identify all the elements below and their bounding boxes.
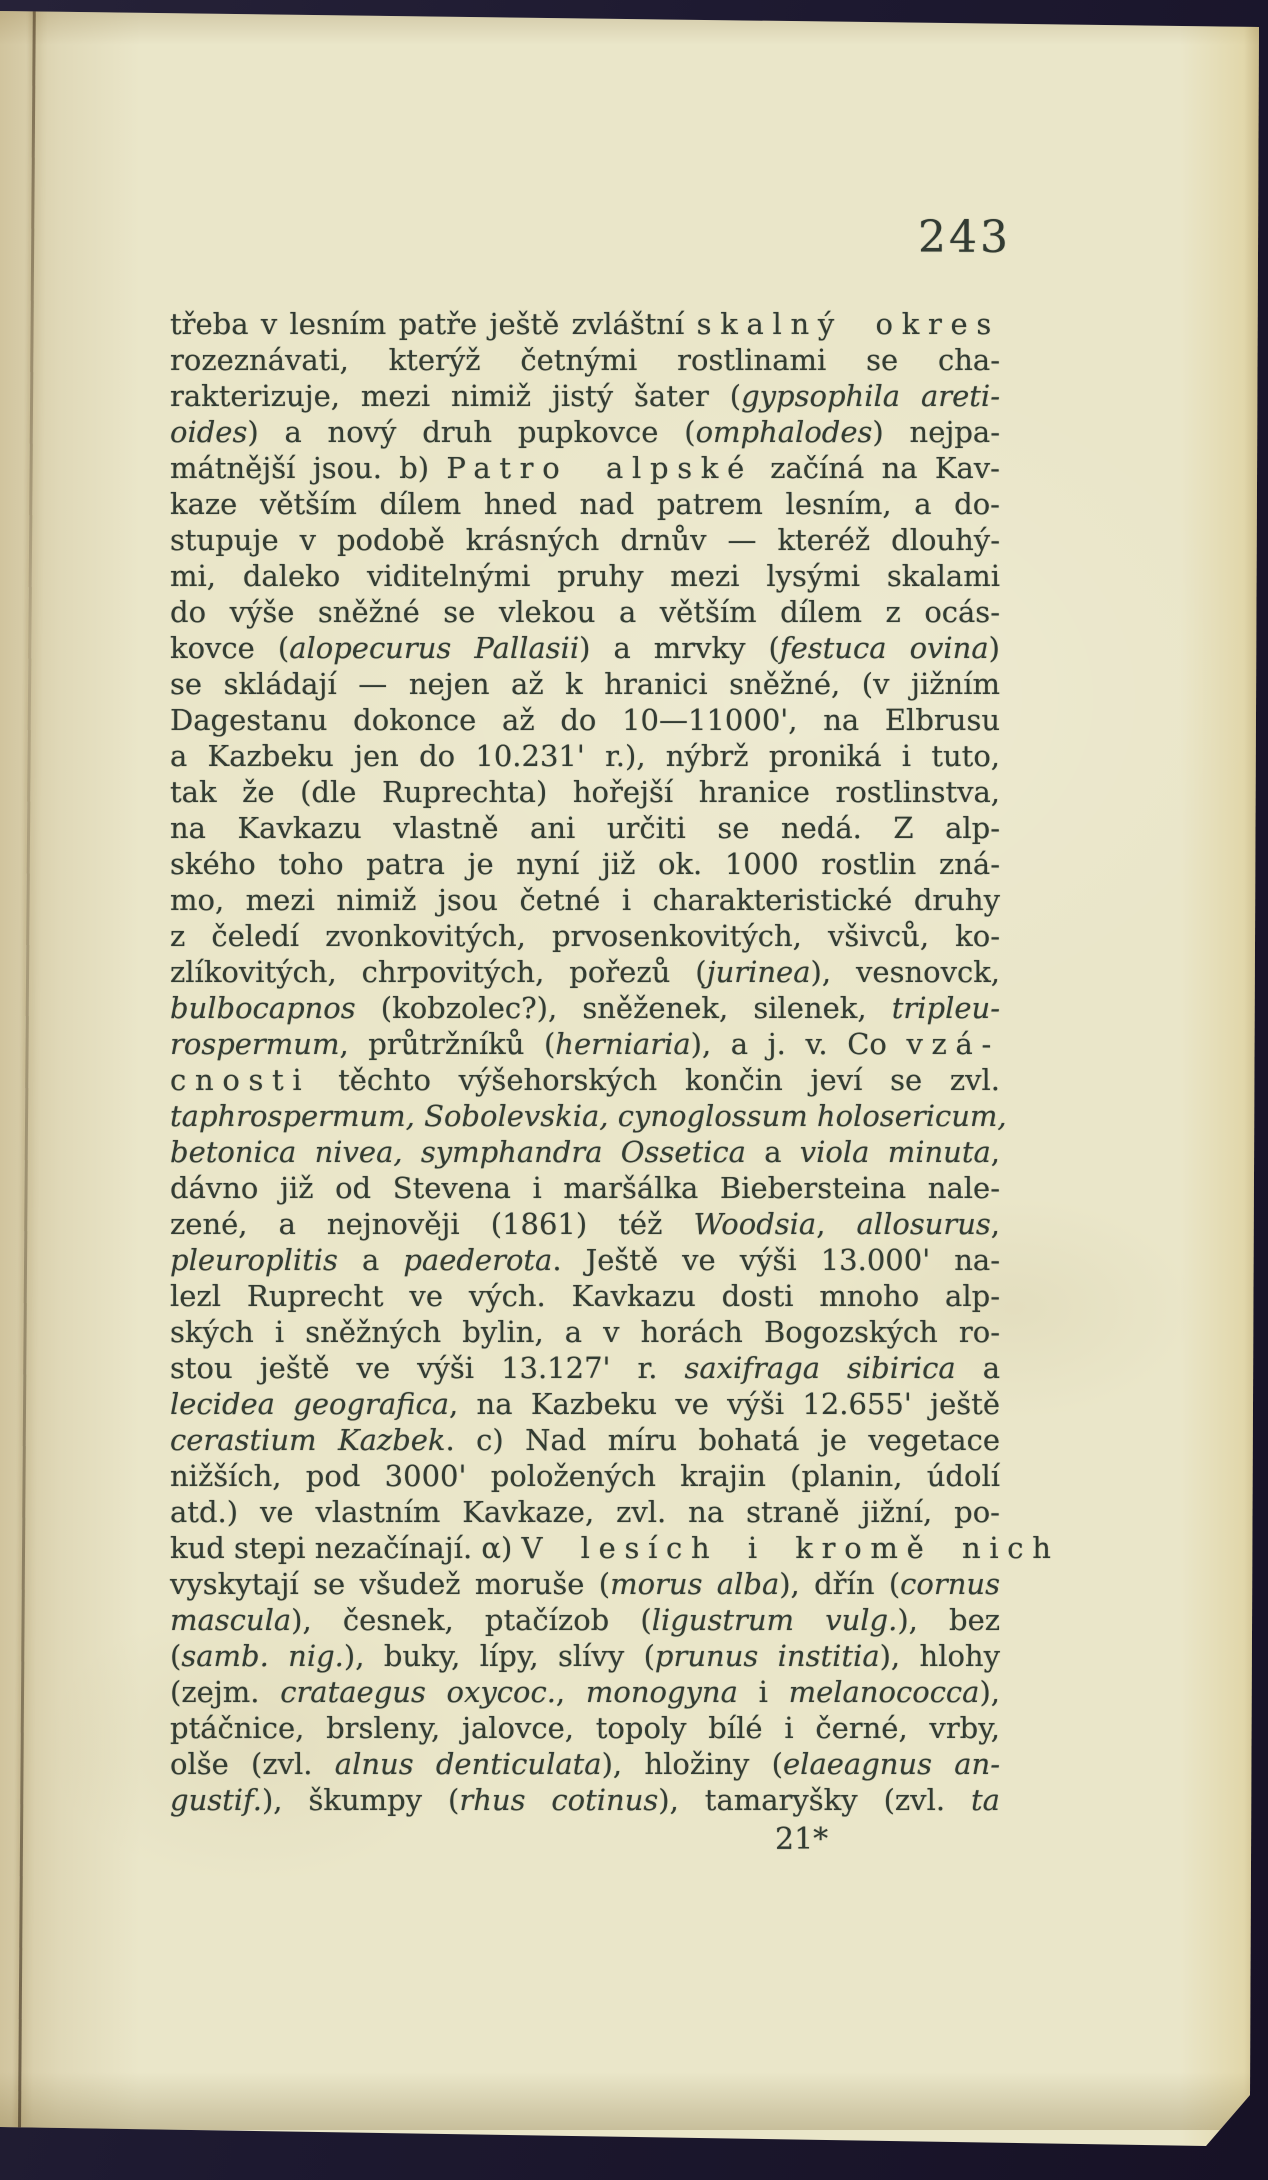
text-segment: ,	[816, 1207, 856, 1241]
text-line: mascula), česnek, ptačízob (ligustrum vu…	[170, 1602, 1000, 1638]
text-segment: lezl Ruprecht ve vých. Kavkazu dosti mno…	[170, 1279, 1000, 1313]
text-segment: saxifraga sibirica	[684, 1351, 955, 1385]
text-line: mi, daleko viditelnými pruhy mezi lysými…	[170, 558, 1000, 594]
text-line: ského toho patra je nyní již ok. 1000 ro…	[170, 846, 1000, 882]
text-line: mátnější jsou. b) Patro alpské začíná na…	[170, 450, 1000, 486]
text-segment: alnus denticulata	[335, 1747, 602, 1781]
text-segment: ), tamaryšky (zvl.	[658, 1783, 971, 1817]
text-line: olše (zvl. alnus denticulata), hložiny (…	[170, 1746, 1000, 1782]
text-segment: ,	[991, 1135, 1000, 1169]
text-segment: crataegus oxycoc.	[280, 1675, 556, 1709]
text-segment: cnosti	[170, 1063, 310, 1097]
text-line: rakterizuje, mezi nimiž jistý šater (gyp…	[170, 378, 1000, 414]
text-line: rozeznávati, kterýž četnými rostlinami s…	[170, 342, 1000, 378]
text-segment: omphalodes	[696, 415, 873, 449]
text-line: lezl Ruprecht ve vých. Kavkazu dosti mno…	[170, 1278, 1000, 1314]
book-page: 243 třeba v lesním patře ještě zvláštní …	[0, 0, 1268, 2180]
text-segment: taphrospermum, Sobolevskia, cynoglossum …	[170, 1099, 1007, 1133]
text-segment: skalný okres	[697, 307, 1000, 341]
text-segment: ,	[556, 1675, 586, 1709]
text-segment: jurinea	[707, 955, 811, 989]
text-line: do výše sněžné se vlekou a větším dílem …	[170, 594, 1000, 630]
text-segment: mo, mezi nimiž jsou četné i charakterist…	[170, 883, 1000, 917]
text-line: z čeledí zvonkovitých, prvosenkovitých, …	[170, 918, 1000, 954]
text-segment: betonica nivea, symphandra Ossetica	[170, 1135, 746, 1169]
text-segment: ) a mrvky (	[579, 631, 780, 665]
text-segment: , na Kazbeku ve výši 12.655' ještě	[449, 1387, 1000, 1421]
text-segment: ), a j. v. Co	[691, 1027, 907, 1061]
text-segment: ), hložiny (	[602, 1747, 783, 1781]
text-segment: Woodsia	[693, 1207, 816, 1241]
text-segment: ) a nový druh pupkovce (	[247, 415, 695, 449]
text-segment: paederota	[403, 1243, 552, 1277]
text-line: zené, a nejnověji (1861) též Woodsia, al…	[170, 1206, 1000, 1242]
text-line: tak že (dle Ruprechta) hořejší hranice r…	[170, 774, 1000, 810]
text-segment: ského toho patra je nyní již ok. 1000 ro…	[170, 847, 1000, 881]
text-segment: morus alba	[610, 1567, 779, 1601]
text-segment: ), hlohy	[880, 1639, 1000, 1673]
text-segment: ), vesnovck,	[811, 955, 1001, 989]
text-segment: (	[170, 1639, 181, 1673]
text-segment: melanococca	[789, 1675, 980, 1709]
text-segment: herniaria	[555, 1027, 690, 1061]
page-fold-line	[18, 6, 36, 2128]
text-segment: mátnější jsou. b)	[170, 451, 446, 485]
text-segment: elaeagnus an-	[783, 1747, 1000, 1781]
text-segment: oides	[170, 415, 247, 449]
text-segment: , průtržníků (	[339, 1027, 555, 1061]
text-line: atd.) ve vlastním Kavkaze, zvl. na stran…	[170, 1494, 1000, 1530]
text-segment: rospermum	[170, 1027, 339, 1061]
text-line: na Kavkazu vlastně ani určiti se nedá. Z…	[170, 810, 1000, 846]
text-segment: ) nejpa-	[872, 415, 1000, 449]
text-segment: dávno již od Stevena i maršálka Bieberst…	[170, 1171, 1000, 1205]
text-segment: rakterizuje, mezi nimiž jistý šater (	[170, 379, 741, 413]
text-line: Dagestanu dokonce až do 10—11000', na El…	[170, 702, 1000, 738]
text-line: kovce (alopecurus Pallasii) a mrvky (fes…	[170, 630, 1000, 666]
text-line: kud stepi nezačínají. α) V lesích i krom…	[170, 1530, 1000, 1566]
text-segment: ských i sněžných bylin, a v horách Bogoz…	[170, 1315, 1000, 1349]
text-line: a Kazbeku jen do 10.231' r.), nýbrž pron…	[170, 738, 1000, 774]
text-segment: allosurus	[857, 1207, 991, 1241]
text-line: mo, mezi nimiž jsou četné i charakterist…	[170, 882, 1000, 918]
page-text: třeba v lesním patře ještě zvláštní skal…	[170, 306, 1000, 1818]
text-segment: alopecurus Pallasii	[289, 631, 579, 665]
text-segment: mascula	[170, 1603, 291, 1637]
text-segment: zené, a nejnověji (1861) též	[170, 1207, 693, 1241]
text-line: oides) a nový druh pupkovce (omphalodes)…	[170, 414, 1000, 450]
text-segment: . c) Nad míru bohatá je vegetace	[446, 1423, 1001, 1457]
text-segment: stupuje v podobě krásných drnův — kteréž…	[170, 523, 1000, 557]
text-line: zlíkovitých, chrpovitých, pořezů (jurine…	[170, 954, 1000, 990]
text-segment: monogyna	[586, 1675, 738, 1709]
text-line: lecidea geografica, na Kazbeku ve výši 1…	[170, 1386, 1000, 1422]
text-segment: ), dřín (	[779, 1567, 900, 1601]
text-segment: ligustrum vulg.	[652, 1603, 898, 1637]
text-line: stupuje v podobě krásných drnův — kteréž…	[170, 522, 1000, 558]
text-segment: lecidea geografica	[170, 1387, 449, 1421]
text-segment: Dagestanu dokonce až do 10—11000', na El…	[170, 703, 1000, 737]
text-segment: a Kazbeku jen do 10.231' r.), nýbrž pron…	[170, 739, 1000, 773]
text-segment: stou ještě ve výši 13.127' r.	[170, 1351, 684, 1385]
text-segment: festuca ovina	[780, 631, 989, 665]
signature-mark: 21*	[775, 1822, 828, 1857]
text-segment: bulbocapnos	[170, 991, 356, 1025]
page-bottom-shade	[0, 2072, 1268, 2130]
text-line: (samb. nig.), buky, lípy, slívy (prunus …	[170, 1638, 1000, 1674]
text-line: (zejm. crataegus oxycoc., monogyna i mel…	[170, 1674, 1000, 1710]
text-line: vyskytají se všudež moruše (morus alba),…	[170, 1566, 1000, 1602]
text-segment: cornus	[900, 1567, 1000, 1601]
text-segment: zlíkovitých, chrpovitých, pořezů (	[170, 955, 707, 989]
text-line: bulbocapnos (kobzolec?), sněženek, silen…	[170, 990, 1000, 1026]
text-segment: kaze větším dílem hned nad patrem lesním…	[170, 487, 1000, 521]
text-segment: kud stepi nezačínají. α)	[170, 1531, 522, 1565]
text-segment: ), škumpy (	[262, 1783, 459, 1817]
text-segment: viola minuta	[800, 1135, 991, 1169]
text-line: třeba v lesním patře ještě zvláštní skal…	[170, 306, 1000, 342]
text-segment: vyskytají se všudež moruše (	[170, 1567, 610, 1601]
text-segment: ), bez	[897, 1603, 1000, 1637]
text-line: kaze větším dílem hned nad patrem lesním…	[170, 486, 1000, 522]
text-line: betonica nivea, symphandra Ossetica a vi…	[170, 1134, 1000, 1170]
text-segment: ),	[979, 1675, 1000, 1709]
text-segment: kovce (	[170, 631, 289, 665]
text-segment: mi, daleko viditelnými pruhy mezi lysými…	[170, 559, 1000, 593]
text-segment: )	[989, 631, 1000, 665]
text-line: cerastium Kazbek. c) Nad míru bohatá je …	[170, 1422, 1000, 1458]
text-line: gustif.), škumpy (rhus cotinus), tamaryš…	[170, 1782, 1000, 1818]
text-line: taphrospermum, Sobolevskia, cynoglossum …	[170, 1098, 1000, 1134]
text-segment: ), česnek, ptačízob (	[291, 1603, 652, 1637]
text-line: dávno již od Stevena i maršálka Bieberst…	[170, 1170, 1000, 1206]
text-segment: samb. nig.	[181, 1639, 344, 1673]
text-segment: (kobzolec?), sněženek, silenek,	[356, 991, 892, 1025]
text-line: pleuroplitis a paederota. Ještě ve výši …	[170, 1242, 1000, 1278]
text-segment: ta	[971, 1783, 1000, 1817]
text-segment: rozeznávati, kterýž četnými rostlinami s…	[170, 343, 1000, 377]
text-segment: prunus institia	[655, 1639, 880, 1673]
text-line: se skládají — nejen až k hranici sněžné,…	[170, 666, 1000, 702]
text-segment: pleuroplitis	[170, 1243, 338, 1277]
text-line: ských i sněžných bylin, a v horách Bogoz…	[170, 1314, 1000, 1350]
text-segment: vzá-	[906, 1027, 1000, 1061]
text-line: nižších, pod 3000' položených krajin (pl…	[170, 1458, 1000, 1494]
text-segment: V lesích i kromě nich	[522, 1531, 1060, 1565]
text-line: stou ještě ve výši 13.127' r. saxifraga …	[170, 1350, 1000, 1386]
text-segment: (zejm.	[170, 1675, 280, 1709]
text-segment: se skládají — nejen až k hranici sněžné,…	[170, 667, 1000, 701]
page-right-edge-shade	[1180, 0, 1260, 2180]
text-segment: cerastium Kazbek	[170, 1423, 446, 1457]
text-line: cnosti těchto výšehorských končin jeví s…	[170, 1062, 1000, 1098]
text-segment: nižších, pod 3000' položených krajin (pl…	[170, 1459, 1000, 1493]
text-segment: a	[338, 1243, 403, 1277]
text-segment: atd.) ve vlastním Kavkaze, zvl. na stran…	[170, 1495, 1000, 1529]
text-segment: a	[956, 1351, 1000, 1385]
text-segment: ptáčnice, brsleny, jalovce, topoly bílé …	[170, 1711, 1000, 1745]
text-segment: třeba v lesním patře ještě zvláštní	[170, 307, 697, 341]
text-segment: těchto výšehorských končin jeví se zvl.	[310, 1063, 1000, 1097]
text-segment: gustif.	[170, 1783, 262, 1817]
text-segment: ), buky, lípy, slívy (	[344, 1639, 655, 1673]
text-segment: do výše sněžné se vlekou a větším dílem …	[170, 595, 1000, 629]
text-segment: i	[738, 1675, 789, 1709]
text-segment: tripleu-	[892, 991, 1000, 1025]
text-segment: z čeledí zvonkovitých, prvosenkovitých, …	[170, 919, 1000, 953]
text-line: ptáčnice, brsleny, jalovce, topoly bílé …	[170, 1710, 1000, 1746]
text-segment: Patro alpské	[446, 451, 753, 485]
text-segment: začíná na Kav-	[753, 451, 1000, 485]
page-number: 243	[918, 212, 1011, 263]
text-segment: na Kavkazu vlastně ani určiti se nedá. Z…	[170, 811, 1000, 845]
text-segment: a	[746, 1135, 800, 1169]
text-segment: tak že (dle Ruprechta) hořejší hranice r…	[170, 775, 1000, 809]
text-segment: rhus cotinus	[459, 1783, 658, 1817]
text-segment: . Ještě ve výši 13.000' na-	[552, 1243, 1000, 1277]
text-line: rospermum, průtržníků (herniaria), a j. …	[170, 1026, 1000, 1062]
text-segment: olše (zvl.	[170, 1747, 335, 1781]
text-segment: gypsophila areti-	[741, 379, 1000, 413]
text-segment: ,	[991, 1207, 1000, 1241]
